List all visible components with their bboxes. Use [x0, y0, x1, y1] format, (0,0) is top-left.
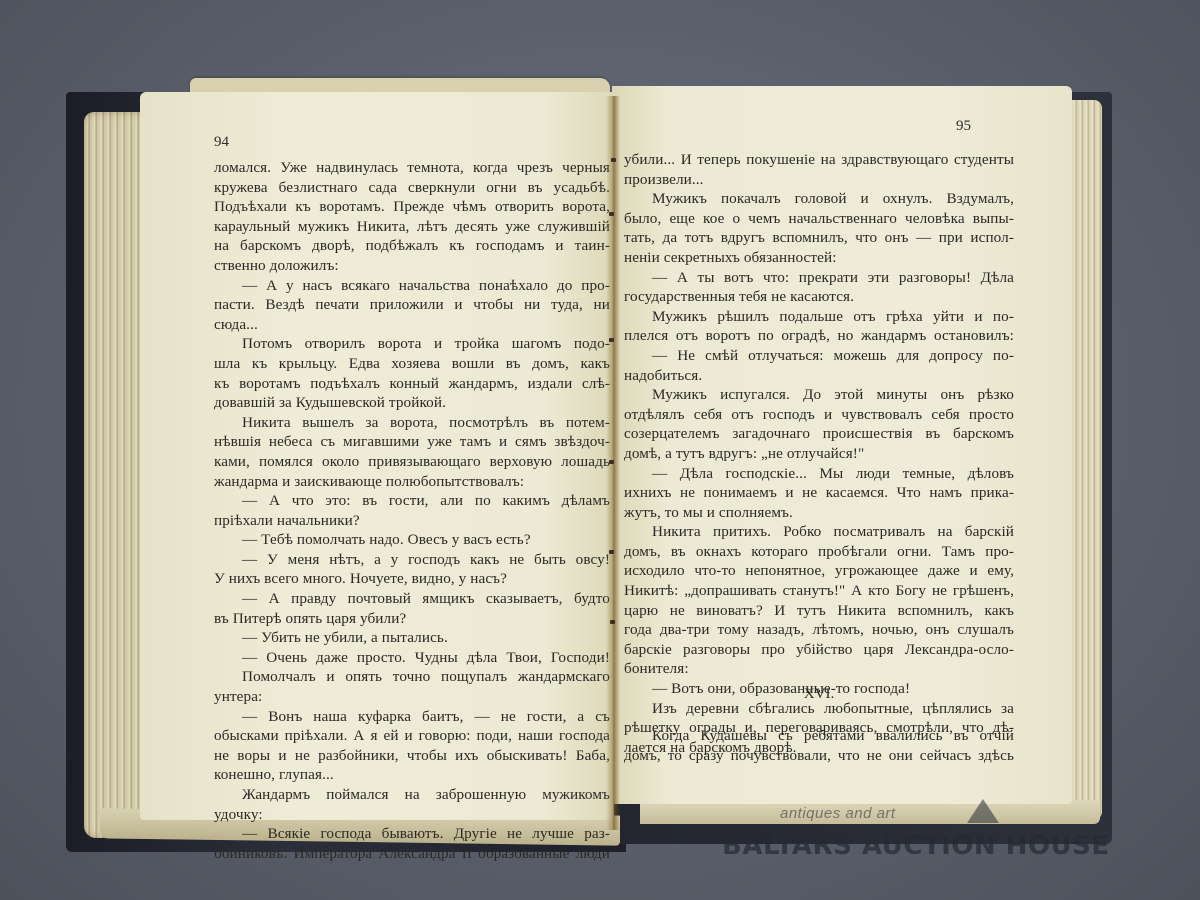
- text-line: удочку:: [214, 805, 610, 825]
- text-line: къ воротамъ подъѣхалъ конный жандармъ, и…: [214, 374, 610, 394]
- text-line: — Всякіе господа бываютъ. Другіе не лучш…: [214, 824, 610, 844]
- text-line: пріѣхали начальники?: [214, 511, 610, 531]
- left-page-text: ломался. Уже надвинулась темнота, когда …: [214, 158, 610, 863]
- text-line: государственныя тебя не касаются.: [624, 287, 1014, 307]
- text-line: Помолчалъ и опять точно пощупалъ жандарм…: [214, 667, 610, 687]
- text-line: конешно, глупая...: [214, 765, 610, 785]
- text-line: — Не смѣй отлучаться: можешь для допросу…: [624, 346, 1014, 366]
- text-line: — Очень даже просто. Чудны дѣла Твои, Го…: [214, 648, 610, 668]
- text-line: — У меня нѣтъ, а у господъ какъ не быть …: [214, 550, 610, 570]
- text-line: Никита вышелъ за ворота, посмотрѣлъ въ п…: [214, 413, 610, 433]
- binding-stitch: [610, 620, 615, 624]
- text-line: царю не виноватъ? И тутъ Никита вспомнил…: [624, 601, 1014, 621]
- text-line: нѣвшія небеса съ мигавшими уже тамъ и ся…: [214, 432, 610, 452]
- text-line: Никита притихъ. Робко посматривалъ на ба…: [624, 522, 1014, 542]
- text-line: плелся отъ воротъ по оградѣ, но жандармъ…: [624, 326, 1014, 346]
- text-line: созерцателемъ загадочнаго происшествія в…: [624, 424, 1014, 444]
- right-page-text: убили... И теперь покушеніе на здравству…: [624, 150, 1014, 757]
- text-line: — Вонъ наша куфарка баитъ, — не гости, а…: [214, 707, 610, 727]
- text-line: довавшій за Кудышевской тройкой.: [214, 393, 610, 413]
- crown-icon: [967, 799, 999, 823]
- text-line: ихнихъ не понимаемъ и не касаемся. Что н…: [624, 483, 1014, 503]
- text-line: — А правду почтовый ямщикъ сказываетъ, б…: [214, 589, 610, 609]
- text-line: не воры и не разбойники, чтобы ихъ обыск…: [214, 746, 610, 766]
- binding-stitch: [609, 338, 614, 342]
- open-book: 94 ломался. Уже надвинулась темнота, ког…: [0, 0, 1200, 900]
- text-line: Мужикъ испугался. До этой минуты онъ рѣз…: [624, 385, 1014, 405]
- text-line: — А ты вотъ что: прекрати эти разговоры!…: [624, 268, 1014, 288]
- text-line: шла къ крыльцу. Едва хозяева вошли въ до…: [214, 354, 610, 374]
- text-line: домѣ, а тутъ вдругъ: „не отлучайся!": [624, 444, 1014, 464]
- binding-stitch: [611, 158, 616, 162]
- text-line: домъ, въ окнахъ котораго пробѣгали огни.…: [624, 542, 1014, 562]
- page-stack-right: [1072, 100, 1102, 820]
- text-line: Подъѣхали къ воротамъ. Прежде чѣмъ отвор…: [214, 197, 610, 217]
- binding-stitch: [609, 212, 614, 216]
- watermark: antiques and art BALTARS AUCTION HOUSE: [722, 805, 1117, 875]
- right-page: 95 убили... И теперь покушеніе на здравс…: [612, 86, 1072, 804]
- text-line: унтера:: [214, 687, 610, 707]
- text-line: неніи секретныхъ обязанностей:: [624, 248, 1014, 268]
- text-line: Жандармъ поймался на заброшенную мужиком…: [214, 785, 610, 805]
- text-line: исходило что-то непонятное, угрожающее д…: [624, 561, 1014, 581]
- left-page: 94 ломался. Уже надвинулась темнота, ког…: [140, 92, 614, 820]
- text-line: — Дѣла господскіе... Мы люди темные, дѣл…: [624, 464, 1014, 484]
- text-line: произвели...: [624, 170, 1014, 190]
- text-line: У нихъ всего много. Ночуете, видно, у на…: [214, 569, 610, 589]
- text-line: надобиться.: [624, 366, 1014, 386]
- text-line: — А что это: въ гости, али по какимъ дѣл…: [214, 491, 610, 511]
- text-line: обысками пріѣхали. А я ей и говорю: поди…: [214, 726, 610, 746]
- text-line: было, еще кое о чемъ начальственнаго чел…: [624, 209, 1014, 229]
- text-line: — Убить не убили, а пытались.: [214, 628, 610, 648]
- text-line: кружева безлистнаго сада сверкнули огни …: [214, 178, 610, 198]
- text-line: сюда...: [214, 315, 610, 335]
- right-page-text-continued: Когда Кудашевы съ ребятами ввалились въ …: [624, 726, 1014, 765]
- text-line: отдѣлялъ себя отъ господъ и чувствовалъ …: [624, 405, 1014, 425]
- text-line: убили... И теперь покушеніе на здравству…: [624, 150, 1014, 170]
- text-line: тать, да тотъ вдругъ вспомнилъ, что онъ …: [624, 228, 1014, 248]
- binding-stitch: [609, 550, 614, 554]
- text-line: на барскомъ дворѣ, подбѣжалъ къ господам…: [214, 236, 610, 256]
- text-line: ломался. Уже надвинулась темнота, когда …: [214, 158, 610, 178]
- text-line: — А у насъ всякаго начальства понаѣхало …: [214, 276, 610, 296]
- text-line: Потомъ отворилъ ворота и тройка шагомъ п…: [214, 334, 610, 354]
- text-line: барскіе разговоры про убійство царя Лекс…: [624, 640, 1014, 660]
- binding-stitch: [609, 460, 614, 464]
- text-line: ственно доложилъ:: [214, 256, 610, 276]
- text-line: Когда Кудашевы съ ребятами ввалились въ …: [624, 726, 1014, 746]
- text-line: жандарма и заискивающе полюбопытствовалъ…: [214, 472, 610, 492]
- text-line: ками, помялся около привязывающаго верхо…: [214, 452, 610, 472]
- text-line: въ Питерѣ опять царя убили?: [214, 609, 610, 629]
- text-line: — Тебѣ помолчать надо. Овесъ у васъ есть…: [214, 530, 610, 550]
- text-line: бонителя:: [624, 659, 1014, 679]
- chapter-heading: XVI.: [624, 686, 1014, 703]
- text-line: бойниковъ. Императора Александра II обра…: [214, 844, 610, 864]
- text-line: жутъ, то мы и сполняемъ.: [624, 503, 1014, 523]
- text-line: домъ, то сразу почувствовали, что не они…: [624, 746, 1014, 766]
- watermark-name: BALTARS AUCTION HOUSE: [722, 831, 1110, 861]
- text-line: года два-три тому назадъ, лѣтомъ, ночью,…: [624, 620, 1014, 640]
- text-line: Мужикъ рѣшилъ подальше отъ грѣха уйти и …: [624, 307, 1014, 327]
- text-line: караульный мужикъ Никита, лѣтъ десять уж…: [214, 217, 610, 237]
- text-line: Никитѣ: „допрашивать станутъ!" А кто Бог…: [624, 581, 1014, 601]
- text-line: Мужикъ покачалъ головой и охнулъ. Вздума…: [624, 189, 1014, 209]
- watermark-tagline: antiques and art: [780, 805, 896, 822]
- page-number-right: 95: [956, 118, 971, 135]
- page-number-left: 94: [214, 134, 229, 151]
- text-line: пасти. Вездѣ печати приложили и чтобы ни…: [214, 295, 610, 315]
